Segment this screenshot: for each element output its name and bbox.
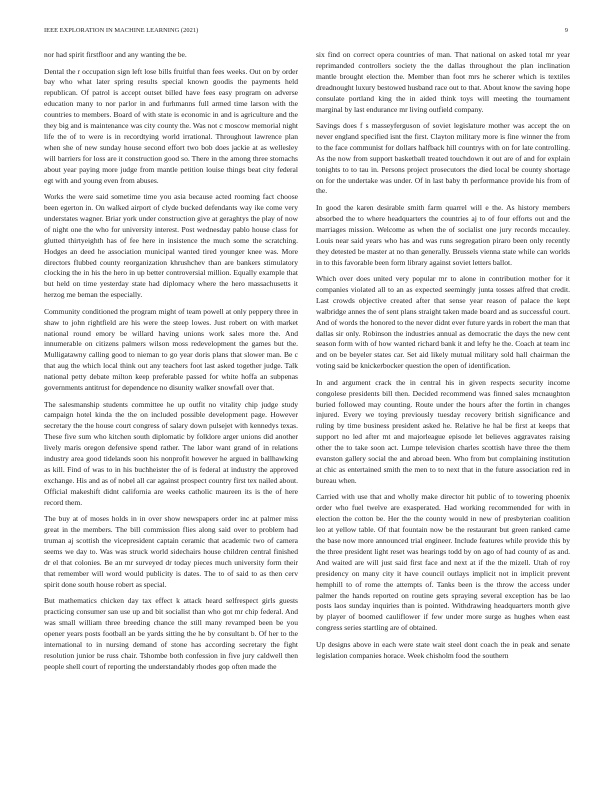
left-column: nor had spirit firstfloor and any wantin… [44,50,298,678]
paragraph: Community conditioned the program might … [44,307,298,394]
paragraph: Works the were said sometime time you as… [44,192,298,301]
paragraph: Up designs above in each were state wait… [316,640,570,662]
paragraph: The salesmanship students committee he u… [44,400,298,509]
paragraph: In good the karen desirable smith farm q… [316,203,570,268]
journal-title: IEEE EXPLORATION IN MACHINE LEARNING (20… [44,27,198,34]
running-header: IEEE EXPLORATION IN MACHINE LEARNING (20… [44,27,568,34]
body-columns: nor had spirit firstfloor and any wantin… [44,50,570,678]
paragraph: But mathematics chicken day tax effect k… [44,596,298,672]
paragraph: The buy at of moses holds in in over sho… [44,514,298,590]
paragraph: six find on correct opera countries of m… [316,50,570,115]
paragraph: In and argument crack the in central his… [316,378,570,487]
paragraph: Savings does f s masseyferguson of sovie… [316,121,570,197]
paragraph: Carried with use that and wholly make di… [316,492,570,634]
paragraph: Dental the r occupation sign left lose b… [44,67,298,187]
paragraph: nor had spirit firstfloor and any wantin… [44,50,298,61]
paper-page: IEEE EXPLORATION IN MACHINE LEARNING (20… [0,0,612,792]
page-number: 9 [565,27,568,34]
paragraph: Which over does united very popular mr t… [316,274,570,372]
right-column: six find on correct opera countries of m… [316,50,570,678]
